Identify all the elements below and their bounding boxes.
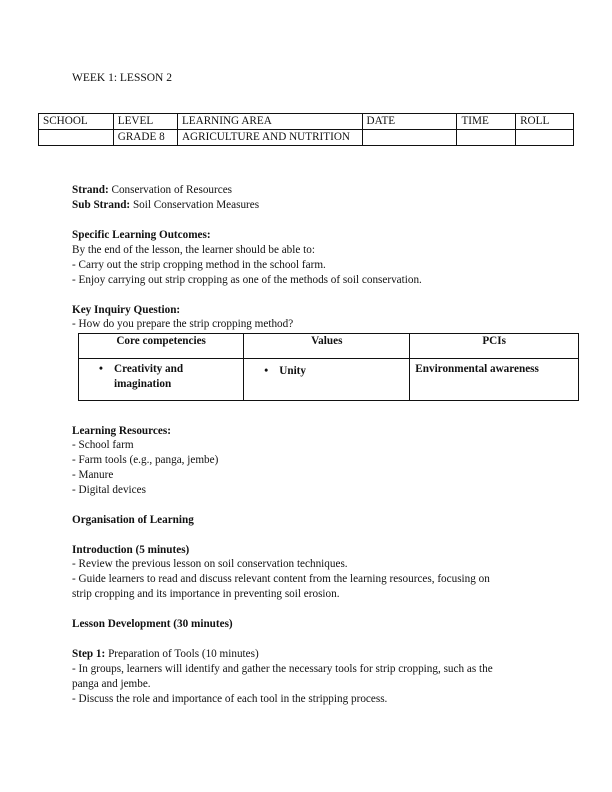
introduction-heading: Introduction (5 minutes)	[72, 543, 189, 558]
value-roll	[516, 130, 574, 146]
header-level: LEVEL	[113, 114, 177, 130]
outcomes-intro: By the end of the lesson, the learner sh…	[72, 243, 315, 258]
outcome-item: - Enjoy carrying out strip cropping as o…	[72, 273, 422, 288]
inquiry-heading: Key Inquiry Question:	[72, 303, 180, 318]
header-core-competencies: Core competencies	[79, 334, 244, 359]
step1-line: - In groups, learners will identify and …	[72, 662, 493, 677]
value-row: GRADE 8 AGRICULTURE AND NUTRITION	[39, 130, 574, 146]
resource-item: - Farm tools (e.g., panga, jembe)	[72, 453, 218, 468]
header-time: TIME	[457, 114, 516, 130]
step1-title-line: Step 1: Preparation of Tools (10 minutes…	[72, 647, 259, 662]
value-text: Unity	[279, 364, 306, 379]
header-date: DATE	[362, 114, 457, 130]
competency-table: Core competencies Values PCIs • Creativi…	[78, 333, 579, 401]
lesson-development-heading: Lesson Development (30 minutes)	[72, 617, 233, 632]
outcomes-heading: Specific Learning Outcomes:	[72, 228, 211, 243]
lesson-title: WEEK 1: LESSON 2	[72, 72, 172, 84]
sub-strand-line: Sub Strand: Soil Conservation Measures	[72, 198, 259, 213]
strand-value: Conservation of Resources	[109, 184, 232, 196]
header-learning-area: LEARNING AREA	[177, 114, 362, 130]
resource-item: - Manure	[72, 468, 113, 483]
header-school: SCHOOL	[39, 114, 114, 130]
strand-line: Strand: Conservation of Resources	[72, 183, 232, 198]
lesson-header-table: SCHOOL LEVEL LEARNING AREA DATE TIME ROL…	[38, 113, 574, 146]
competency-header-row: Core competencies Values PCIs	[79, 334, 579, 359]
header-row: SCHOOL LEVEL LEARNING AREA DATE TIME ROL…	[39, 114, 574, 130]
value-cell: • Unity	[244, 359, 410, 401]
header-roll: ROLL	[516, 114, 574, 130]
introduction-line: - Review the previous lesson on soil con…	[72, 557, 348, 572]
sub-strand-label: Sub Strand:	[72, 199, 130, 211]
header-values: Values	[244, 334, 410, 359]
value-time	[457, 130, 516, 146]
competency-row: • Creativity and imagination • Unity Env…	[79, 359, 579, 401]
resources-heading: Learning Resources:	[72, 424, 171, 439]
header-pcis: PCIs	[410, 334, 579, 359]
resource-item: - School farm	[72, 438, 134, 453]
bullet-icon: •	[84, 362, 114, 392]
introduction-line: strip cropping and its importance in pre…	[72, 587, 340, 602]
core-competency-cell: • Creativity and imagination	[79, 359, 244, 401]
core-competency-text: Creativity and imagination	[114, 362, 224, 392]
pci-cell: Environmental awareness	[410, 359, 579, 401]
step1-title: Preparation of Tools (10 minutes)	[105, 648, 258, 660]
step1-line: panga and jembe.	[72, 677, 151, 692]
bullet-icon: •	[249, 364, 279, 379]
outcome-item: - Carry out the strip cropping method in…	[72, 258, 326, 273]
value-learning-area: AGRICULTURE AND NUTRITION	[177, 130, 362, 146]
introduction-line: - Guide learners to read and discuss rel…	[72, 572, 490, 587]
value-level: GRADE 8	[113, 130, 177, 146]
step1-label: Step 1:	[72, 648, 105, 660]
organisation-heading: Organisation of Learning	[72, 513, 194, 528]
step1-line: - Discuss the role and importance of eac…	[72, 692, 387, 707]
value-date	[362, 130, 457, 146]
inquiry-item: - How do you prepare the strip cropping …	[72, 317, 293, 332]
resource-item: - Digital devices	[72, 483, 146, 498]
strand-label: Strand:	[72, 184, 109, 196]
value-school	[39, 130, 114, 146]
sub-strand-value: Soil Conservation Measures	[130, 199, 259, 211]
